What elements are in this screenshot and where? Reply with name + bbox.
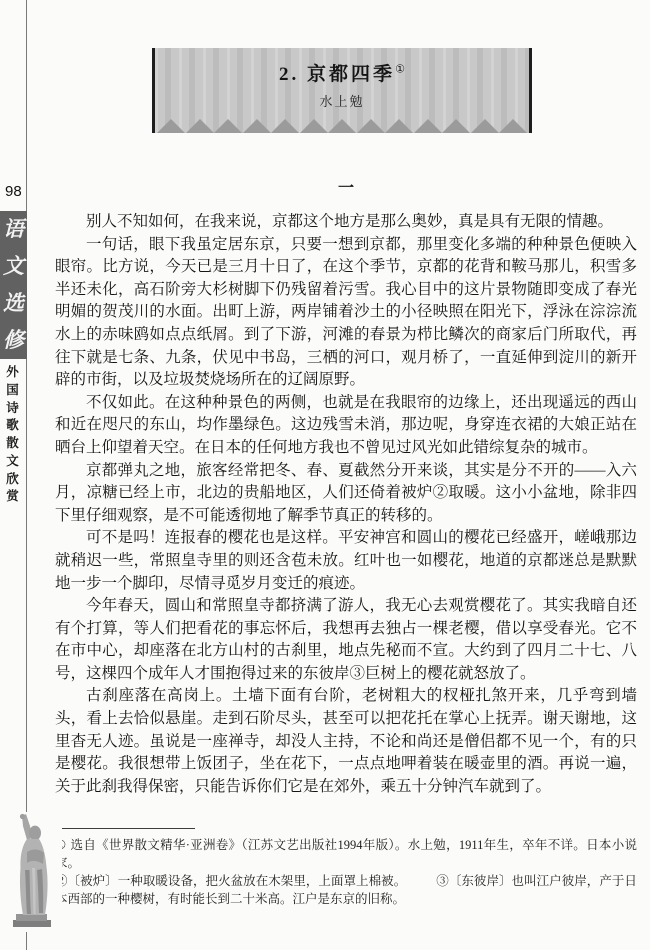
tooth-icon [300, 119, 328, 133]
article-paragraph: 古刹座落在高岗上。土墙下面有台阶，老树粗大的杈桠扎煞开来，几乎弯到墙头，看上去恰… [55, 685, 637, 798]
brand-char: 语 [3, 219, 24, 240]
series-char: 文 [6, 455, 19, 469]
series-char: 诗 [6, 402, 19, 416]
lesson-header-box: 2. 京都四季① 水上勉 [152, 48, 532, 133]
page-number: 98 [5, 183, 22, 200]
sidebar-divider-rule [26, 0, 27, 950]
sidebar-brand-box: 语 文 选 修 [0, 211, 27, 359]
tooth-icon [385, 119, 413, 133]
article-paragraph: 不仅如此。在这种种景色的两侧，也就是在我眼帘的边缘上，还出现遥远的西山和近在咫尺… [55, 392, 637, 460]
tooth-icon [328, 119, 356, 133]
brand-char: 修 [3, 330, 24, 351]
tooth-icon [414, 119, 442, 133]
statue-graphic [2, 812, 62, 932]
sidebar-series-title: 外 国 诗 歌 散 文 欣 赏 [0, 366, 25, 504]
title-footnote-ref: ① [395, 64, 405, 76]
series-char: 赏 [6, 490, 19, 504]
series-char: 歌 [6, 419, 19, 433]
footnotes: ①选自《世界散文精华·亚洲卷》（江苏文艺出版社1994年版）。水上勉，1911年… [55, 836, 637, 908]
brand-char: 选 [3, 293, 24, 314]
tooth-icon [243, 119, 271, 133]
series-char: 散 [6, 437, 19, 451]
footnote-text: 一种取暖设备，把火盆放在木架里，上面罩上棉被。 [118, 874, 407, 888]
article-paragraph: 一句话，眼下我虽定居东京，只要一想到京都，那里变化多端的种种景色便映入眼帘。比方… [55, 234, 637, 392]
series-char: 欣 [6, 473, 19, 487]
tooth-icon [186, 119, 214, 133]
article-paragraph: 可不是吗！连报春的樱花也是这样。平安神宫和圆山的樱花已经盛开，嵯峨那边就稍迟一些… [55, 527, 637, 595]
tooth-icon [442, 119, 470, 133]
article-body: 别人不知如何，在我来说，京都这个地方是那么奥妙，真是具有无限的情趣。 一句话，眼… [55, 211, 637, 798]
statue-image [2, 812, 62, 932]
article-paragraph: 今年春天，圆山和常照皇寺都挤满了游人，我无心去观赏樱花了。其实我暗自还有个打算，… [55, 595, 637, 685]
footnote-marker: ③ [436, 874, 449, 888]
section-marker: 一 [55, 175, 637, 198]
tooth-icon [271, 119, 299, 133]
tooth-icon [157, 119, 185, 133]
footnote-text: 选自《世界散文精华·亚洲卷》（江苏文艺出版社1994年版）。水上勉，1911年生… [55, 838, 637, 870]
footnote-term: 〔被炉〕 [68, 874, 118, 888]
tooth-icon [357, 119, 385, 133]
tooth-icon [214, 119, 242, 133]
footnote-item-1: ①选自《世界散文精华·亚洲卷》（江苏文艺出版社1994年版）。水上勉，1911年… [55, 836, 637, 872]
footnote-item-2-3: ②〔被炉〕一种取暖设备，把火盆放在木架里，上面罩上棉被。③〔东彼岸〕也叫江户彼岸… [55, 872, 637, 908]
brand-char: 文 [3, 256, 24, 277]
tooth-icon [499, 119, 527, 133]
sawtooth-border [155, 119, 529, 133]
article-paragraph: 别人不知如何，在我来说，京都这个地方是那么奥妙，真是具有无限的情趣。 [55, 211, 637, 234]
series-char: 国 [6, 384, 19, 398]
tooth-icon [471, 119, 499, 133]
lesson-title: 2. 京都四季① [155, 59, 529, 86]
footnote-term: 〔东彼岸〕 [449, 874, 512, 888]
footnote-divider [55, 828, 195, 829]
lesson-title-text: 2. 京都四季 [279, 64, 395, 85]
series-char: 外 [6, 366, 19, 380]
article-paragraph: 京都弹丸之地，旅客经常把冬、春、夏截然分开来谈，其实是分不开的——入六月，凉糖已… [55, 460, 637, 528]
lesson-author: 水上勉 [155, 91, 529, 110]
